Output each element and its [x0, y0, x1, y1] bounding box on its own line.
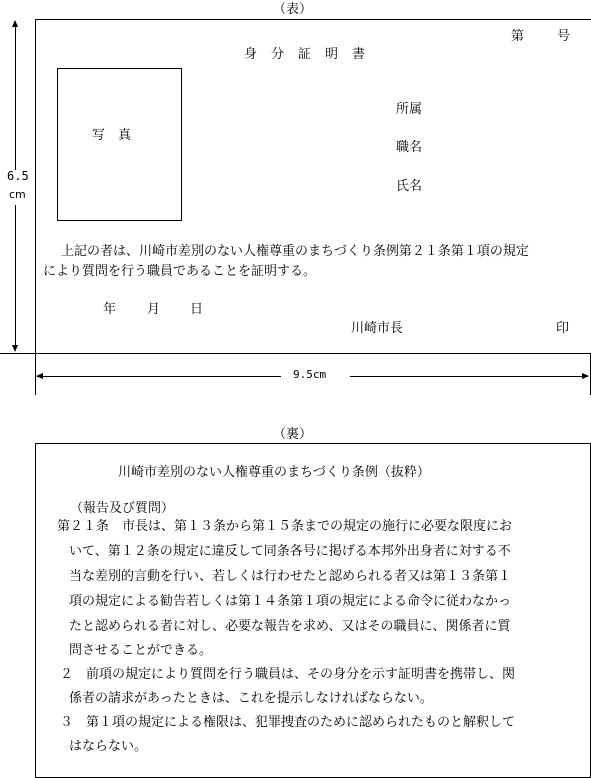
- number-prefix: 第: [511, 25, 524, 44]
- field-name: 氏名: [396, 175, 422, 194]
- arrow-up-icon: [12, 20, 18, 27]
- ordinance-title: 川崎市差別のない人権尊重のまちづくり条例（抜粋）: [118, 461, 430, 480]
- number-suffix: 号: [557, 25, 570, 44]
- height-dimension-line-lower: [15, 205, 16, 348]
- certificate-title: 身分証明書: [244, 43, 379, 62]
- width-label: 9.5cm: [293, 368, 326, 381]
- height-value: 6.5: [7, 169, 29, 183]
- width-dimension-line-left: [37, 376, 281, 377]
- seal: 印: [556, 317, 569, 336]
- field-affiliation: 所属: [396, 98, 422, 117]
- photo-label: 写 真: [92, 124, 131, 143]
- date-year: 年: [103, 298, 116, 317]
- height-dimension-line: [15, 22, 16, 170]
- article-line: 第２１条 市長は、第１３条から第１５条までの規定の施行に必要な限度にお: [57, 515, 512, 539]
- width-dimension-line-right: [350, 376, 588, 377]
- card-bottom-edge: [0, 353, 591, 354]
- height-unit: cm: [9, 188, 26, 201]
- article-line: 当な差別的言動を行い、若しくは行わせたと認められる者又は第１３条第１: [69, 565, 511, 589]
- field-job-title: 職名: [396, 136, 422, 155]
- article-line: 係者の請求があったときは、これを提示しなければならない。: [69, 687, 433, 711]
- article-line: 問させることができる。: [69, 639, 212, 663]
- article-line: いて、第１２条の規定に違反して同条各号に掲げる本邦外出身者に対する不: [69, 540, 511, 564]
- arrow-down-icon: [12, 345, 18, 352]
- article-line: はならない。: [69, 735, 147, 759]
- date-day: 日: [190, 298, 203, 317]
- article-line: たと認められる者に対し、必要な報告を求め、又はその職員に、関係者に質: [69, 615, 510, 639]
- photo-box: [57, 68, 182, 221]
- article-line: 項の規定による勧告若しくは第１４条第１項の規定による命令に従わなかっ: [69, 590, 511, 614]
- issuer: 川崎市長: [351, 317, 403, 336]
- article-line: ３ 第１項の規定による権限は、犯罪捜査のために認められたものと解釈して: [60, 711, 515, 735]
- back-label: （裏）: [273, 423, 312, 442]
- statement-line-1: 上記の者は、川崎市差別のない人権尊重のまちづくり条例第２１条第１項の規定: [61, 240, 529, 259]
- arrow-right-icon: [582, 373, 589, 379]
- statement-line-2: により質問を行う職員であることを証明する。: [43, 260, 316, 279]
- section-heading: （報告及び質問）: [70, 497, 174, 516]
- front-label: （表）: [273, 0, 312, 17]
- date-month: 月: [147, 298, 160, 317]
- article-line: ２ 前項の規定により質問を行う職員は、その身分を示す証明書を携帯し、関: [60, 663, 515, 687]
- arrow-left-icon: [36, 373, 43, 379]
